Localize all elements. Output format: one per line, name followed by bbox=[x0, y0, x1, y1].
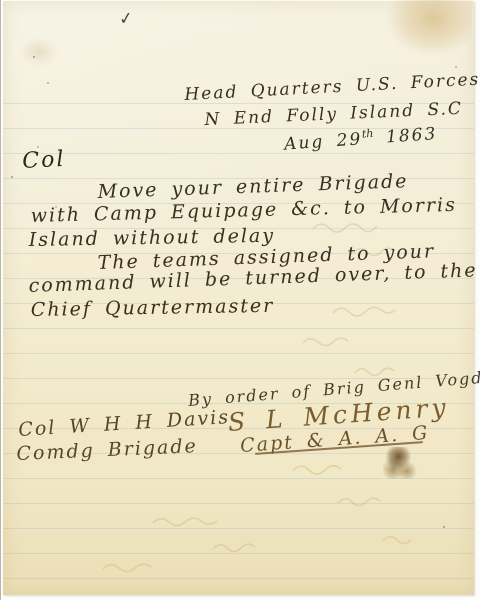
paper-specks bbox=[33, 56, 35, 58]
addressee-line-2: Comdg Brigade bbox=[16, 435, 198, 465]
body-line-2: with Camp Equipage &c. to Morris bbox=[30, 194, 457, 227]
letter-paper: ✓ Head Quarters U.S. Forces N End Folly … bbox=[3, 1, 474, 595]
stain-top-left bbox=[19, 37, 59, 67]
date-ordinal-suffix: th bbox=[361, 127, 373, 141]
checkmark-icon: ✓ bbox=[118, 8, 135, 30]
document-photo: ✓ Head Quarters U.S. Forces N End Folly … bbox=[0, 0, 480, 600]
stain-top-right bbox=[386, 0, 472, 55]
aged-bottom-edge bbox=[3, 475, 474, 595]
heading-date: Aug 29th 1863 bbox=[283, 122, 437, 154]
salutation: Col bbox=[22, 147, 66, 174]
addressee-line-1: Col W H H Davis bbox=[18, 406, 231, 441]
date-day: Aug 29 bbox=[284, 129, 363, 154]
body-line-6: Chief Quartermaster bbox=[31, 295, 275, 321]
date-year: 1863 bbox=[373, 124, 438, 148]
